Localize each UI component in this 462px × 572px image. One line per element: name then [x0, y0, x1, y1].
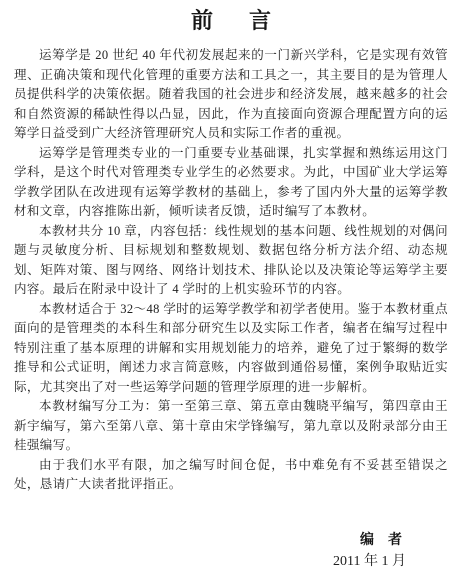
paragraph-6: 由于我们水平有限，加之编写时间仓促，书中难免有不妥甚至错误之处，恳请广大读者批评…: [14, 456, 448, 495]
signature-date: 2011 年 1 月: [14, 551, 448, 572]
paragraph-4: 本教材适合于 32～48 学时的运筹学教学和初学者使用。鉴于本教材重点面向的是管…: [14, 300, 448, 398]
title-char-2: 言: [249, 8, 271, 34]
paragraph-2: 运筹学是管理类专业的一门重要专业基础课，扎实掌握和熟练运用这门学科，是这个时代对…: [14, 144, 448, 222]
title-char-1: 前: [191, 8, 213, 34]
preface-page: 前 言 运筹学是 20 世纪 40 年代初发展起来的一门新兴学科，它是实现有效管…: [0, 0, 462, 572]
paragraph-5: 本教材编写分工为：第一至第三章、第五章由魏晓平编写，第四章由王新宇编写，第六至第…: [14, 397, 448, 456]
author-signature: 编 者: [14, 531, 448, 551]
page-title: 前 言: [14, 8, 448, 34]
paragraph-1: 运筹学是 20 世纪 40 年代初发展起来的一门新兴学科，它是实现有效管理、正确…: [14, 46, 448, 144]
paragraph-3: 本教材共分 10 章，内容包括：线性规划的基本问题、线性规划的对偶问题与灵敏度分…: [14, 222, 448, 300]
preface-body: 运筹学是 20 世纪 40 年代初发展起来的一门新兴学科，它是实现有效管理、正确…: [14, 46, 448, 495]
